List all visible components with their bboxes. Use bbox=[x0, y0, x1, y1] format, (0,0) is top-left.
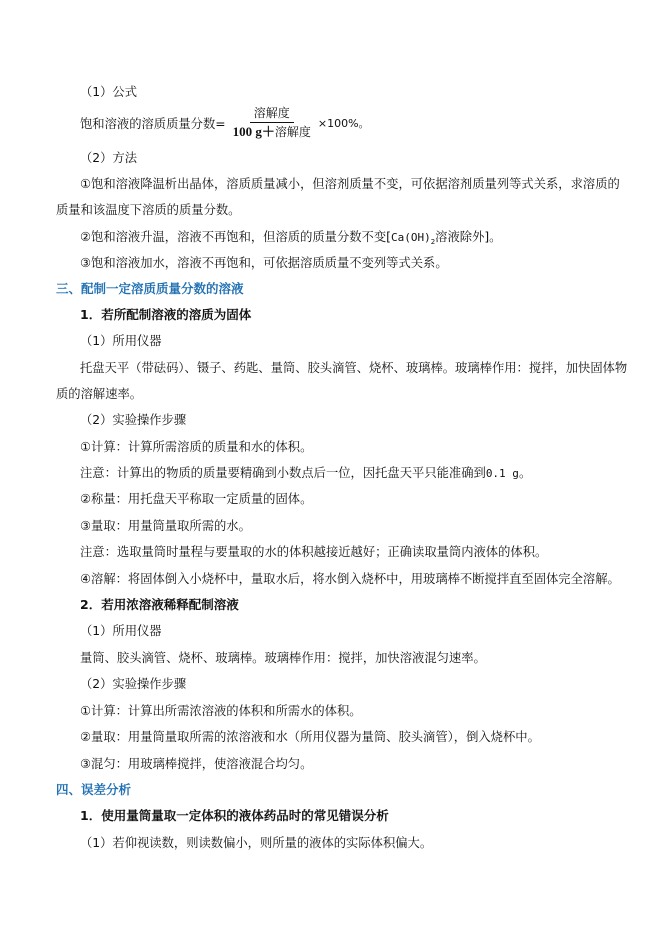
formula-denominator: 100 g＋溶解度 bbox=[229, 123, 315, 140]
note1-value: 0.1 g bbox=[486, 467, 519, 480]
section-3-heading: 三、配制一定溶质质量分数的溶液 bbox=[56, 281, 244, 297]
method-2: ②饱和溶液升温，溶液不再饱和，但溶质的质量分数不变[Ca(OH)2溶液除外]。 bbox=[80, 229, 501, 250]
formula-suffix: ×100%。 bbox=[318, 115, 370, 131]
chemical-formula: Ca(OH) bbox=[391, 231, 431, 244]
sub2-step1: ①计算：计算出所需浓溶液的体积和所需水的体积。 bbox=[80, 703, 362, 719]
sub1-step4: ④溶解：将固体倒入小烧杯中，量取水后，将水倒入烧杯中，用玻璃棒不断搅拌直至固体完… bbox=[80, 571, 620, 587]
formula-left: 饱和溶液的溶质质量分数= bbox=[80, 114, 226, 132]
method-2-pre: ②饱和溶液升温，溶液不再饱和，但溶质的质量分数不变[ bbox=[80, 230, 391, 244]
sub2-step3: ③混匀：用玻璃棒搅拌，使溶液混合均匀。 bbox=[80, 756, 312, 772]
sub1-instruments-line2: 质的溶解速率。 bbox=[56, 386, 142, 402]
sub1-steps-label: （2）实验操作步骤 bbox=[80, 412, 186, 428]
method-1-line1: ①饱和溶液降温析出晶体，溶质质量减小，但溶剂质量不变，可依据溶剂质量列等式关系，… bbox=[80, 176, 620, 192]
mass-fraction-formula: 饱和溶液的溶质质量分数= 溶解度 100 g＋溶解度 ×100%。 bbox=[80, 106, 370, 140]
sub2-steps-label: （2）实验操作步骤 bbox=[80, 676, 186, 692]
note1-post: 。 bbox=[519, 466, 531, 480]
method-2-post: 溶液除外]。 bbox=[435, 230, 501, 244]
sub1-step1: ①计算：计算所需溶质的质量和水的体积。 bbox=[80, 439, 312, 455]
section-3-sub2-heading: 2．若用浓溶液稀释配制溶液 bbox=[80, 597, 239, 613]
sub1-step2: ②称量：用托盘天平称取一定质量的固体。 bbox=[80, 491, 312, 507]
formula-numerator: 溶解度 bbox=[250, 106, 294, 123]
sub2-step2: ②量取：用量筒量取所需的浓溶液和水（所用仪器为量筒、胶头滴管），倒入烧杯中。 bbox=[80, 729, 540, 745]
note1-pre: 注意：计算出的物质的质量要精确到小数点后一位，因托盘天平只能准确到 bbox=[80, 466, 486, 480]
method-3: ③饱和溶液加水，溶液不再饱和，可依据溶质质量不变列等式关系。 bbox=[80, 255, 448, 271]
section-4-heading: 四、误差分析 bbox=[56, 782, 131, 798]
sub1-note1: 注意：计算出的物质的质量要精确到小数点后一位，因托盘天平只能准确到0.1 g。 bbox=[80, 465, 531, 482]
sub1-step3: ③量取：用量筒量取所需的水。 bbox=[80, 518, 251, 534]
formula-denominator-bold: 100 g＋ bbox=[233, 124, 275, 139]
sub2-instruments-label: （1）所用仪器 bbox=[80, 623, 162, 639]
formula-fraction: 溶解度 100 g＋溶解度 bbox=[229, 106, 315, 140]
sub1-instruments-label: （1）所用仪器 bbox=[80, 333, 162, 349]
sub2-instruments-line: 量筒、胶头滴管、烧杯、玻璃棒。玻璃棒作用：搅拌，加快溶液混匀速率。 bbox=[80, 650, 486, 666]
sub1-instruments-line1: 托盘天平（带砝码）、镊子、药匙、量筒、胶头滴管、烧杯、玻璃棒。玻璃棒作用：搅拌，… bbox=[80, 360, 627, 376]
formula-label: （1）公式 bbox=[80, 84, 137, 100]
section-4-sub1-heading: 1．使用量筒量取一定体积的液体药品时的常见错误分析 bbox=[80, 808, 389, 824]
sub1-note2: 注意：选取量筒时量程与要量取的水的体积越接近越好；正确读取量筒内液体的体积。 bbox=[80, 544, 547, 560]
method-label: （2）方法 bbox=[80, 150, 137, 166]
section-4-item1: （1）若仰视读数，则读数偏小，则所量的液体的实际体积偏大。 bbox=[80, 835, 432, 851]
section-3-sub1-heading: 1．若所配制溶液的溶质为固体 bbox=[80, 307, 251, 323]
method-1-line2: 质量和该温度下溶质的质量分数。 bbox=[56, 202, 240, 218]
formula-denominator-rest: 溶解度 bbox=[275, 125, 311, 139]
